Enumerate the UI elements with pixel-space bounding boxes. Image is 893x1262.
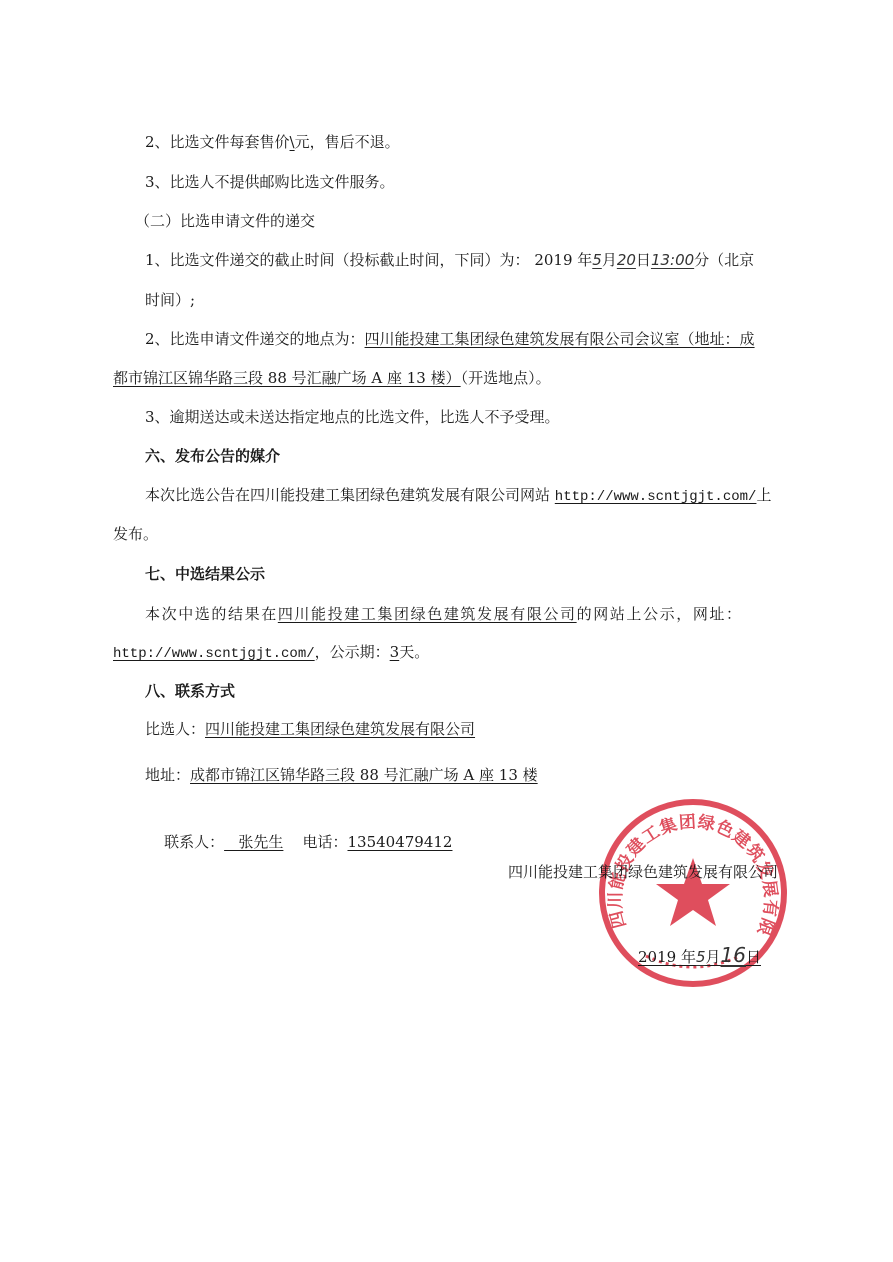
price-suffix: 元，售后不退。 [295, 133, 400, 151]
section-6-heading: 六、发布公告的媒介 [145, 446, 280, 466]
contact-value: 张先生 [224, 833, 283, 851]
deadline-time: 13:00 [651, 251, 694, 269]
section-7-text: 本次中选的结果在四川能投建工集团绿色建筑发展有限公司的网站上公示，网址： [145, 604, 743, 624]
day-unit: 日 [636, 251, 651, 269]
deadline-suffix: 分（北京 [694, 251, 754, 269]
period-unit: 天。 [399, 643, 429, 661]
location-line: 2、比选申请文件递交的地点为：四川能投建工集团绿色建筑发展有限公司会议室（地址：… [145, 329, 755, 349]
address-value: 成都市锦江区锦华路三段 88 号汇融广场 A 座 13 楼 [190, 766, 538, 784]
period-value: 3 [390, 643, 400, 661]
deadline-month: 5 [592, 251, 602, 269]
price-prefix: 2、比选文件每套售价 [145, 133, 290, 151]
subsection-submission: （二）比选申请文件的递交 [135, 211, 315, 231]
selector-label: 比选人： [145, 720, 205, 738]
phone-value: 13540479412 [348, 833, 453, 851]
location-prefix: 2、比选申请文件递交的地点为： [145, 330, 365, 348]
item-late: 3、逾期送达或未送达指定地点的比选文件，比选人不予受理。 [145, 407, 560, 427]
section-6-text: 本次比选公告在四川能投建工集团绿色建筑发展有限公司网站 http://www.s… [145, 485, 771, 507]
deadline-continuation: 时间）; [145, 290, 195, 310]
website-link[interactable]: http://www.scntjgjt.com/ [555, 489, 757, 505]
result-website-link[interactable]: http://www.scntjgjt.com/ [113, 646, 315, 662]
deadline-day: 20 [617, 251, 636, 269]
location-line-2: 都市锦江区锦华路三段 88 号汇融广场 A 座 13 楼）（开选地点）。 [113, 368, 551, 388]
section-7-url-line: http://www.scntjgjt.com/，公示期：3天。 [113, 642, 429, 664]
item-no-mail: 3、比选人不提供邮购比选文件服务。 [145, 172, 395, 192]
location-value-1: 四川能投建工集团绿色建筑发展有限公司会议室（地址：成 [365, 330, 755, 348]
signature-date: 2019 年5月16日 [638, 945, 761, 967]
address-line: 地址：成都市锦江区锦华路三段 88 号汇融广场 A 座 13 楼 [145, 765, 538, 785]
deadline-prefix: 1、比选文件递交的截止时间（投标截止时间，下同）为： 2019 年 [145, 251, 592, 269]
location-suffix: （开选地点）。 [461, 369, 551, 387]
address-label: 地址： [145, 766, 190, 784]
deadline-line: 1、比选文件递交的截止时间（投标截止时间，下同）为： 2019 年5月20日13… [145, 250, 754, 270]
selector-value: 四川能投建工集团绿色建筑发展有限公司 [205, 720, 475, 738]
period-label: ，公示期： [315, 643, 390, 661]
month-unit: 月 [602, 251, 617, 269]
location-value-2: 都市锦江区锦华路三段 88 号汇融广场 A 座 13 楼） [113, 369, 461, 387]
contact-label: 联系人： [164, 833, 224, 851]
sig-day: 16 [721, 943, 746, 967]
s7-company: 四川能投建工集团绿色建筑发展有限公司 [278, 605, 577, 623]
sig-month-unit: 月 [706, 948, 721, 966]
s6-suffix: 上 [756, 486, 771, 504]
item-price: 2、比选文件每套售价\元，售后不退。 [145, 132, 400, 152]
s6-prefix: 本次比选公告在四川能投建工集团绿色建筑发展有限公司网站 [145, 486, 550, 504]
sig-day-unit: 日 [746, 948, 761, 966]
s7-prefix: 本次中选的结果在 [145, 605, 278, 623]
contact-line: 联系人： 张先生 电话：13540479412 [145, 812, 452, 872]
section-8-heading: 八、联系方式 [145, 681, 235, 701]
s7-suffix: 的网站上公示，网址： [577, 605, 743, 623]
section-7-heading: 七、中选结果公示 [145, 564, 265, 584]
sig-year: 2019 年 [638, 948, 696, 966]
sig-month: 5 [696, 948, 706, 966]
section-6-continuation: 发布。 [113, 524, 158, 544]
phone-label: 电话： [302, 833, 347, 851]
selector-line: 比选人：四川能投建工集团绿色建筑发展有限公司 [145, 719, 475, 739]
signature-company: 四川能投建工集团绿色建筑发展有限公司 [508, 862, 778, 882]
